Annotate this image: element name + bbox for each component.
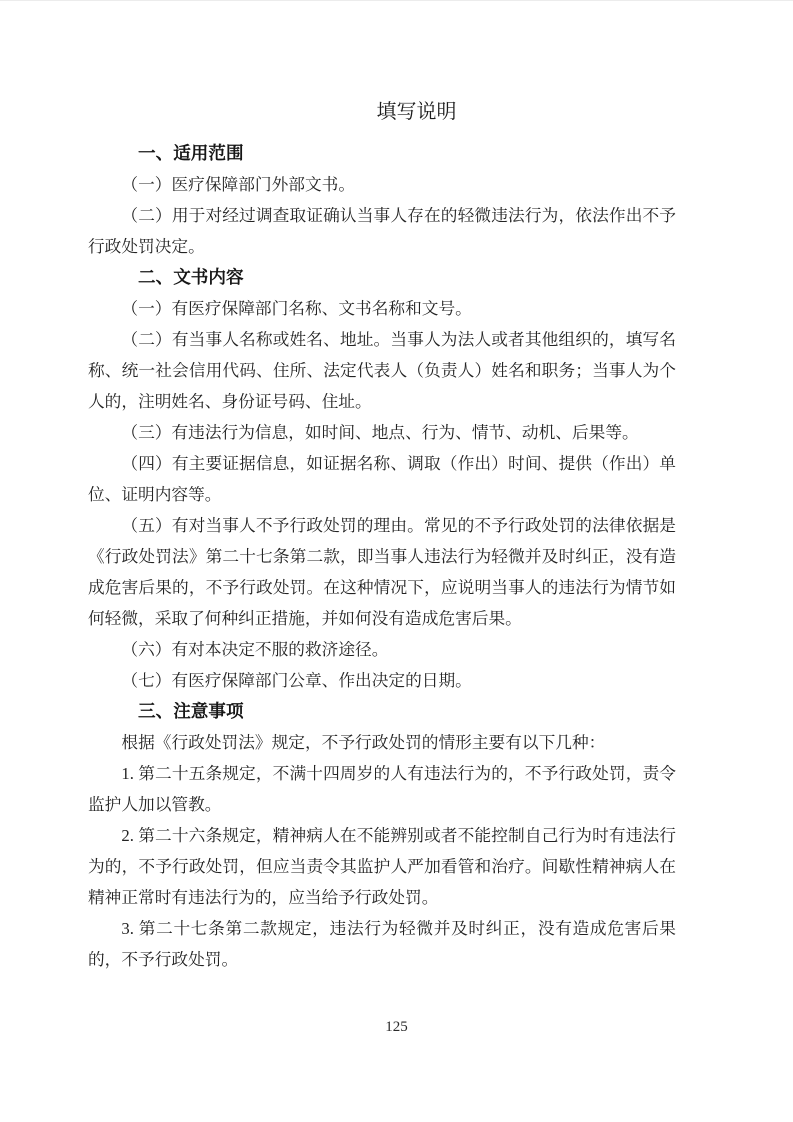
paragraph: （一）医疗保障部门外部文书。 bbox=[88, 169, 676, 200]
paragraph: 3. 第二十七条第二款规定，违法行为轻微并及时纠正，没有造成危害后果的，不予行政… bbox=[88, 913, 676, 975]
document-body: 一、适用范围 （一）医疗保障部门外部文书。 （二）用于对经过调查取证确认当事人存… bbox=[88, 138, 676, 975]
document-title: 填写说明 bbox=[377, 100, 457, 124]
paragraph: （二）用于对经过调查取证确认当事人存在的轻微违法行为，依法作出不予行政处罚决定。 bbox=[88, 200, 676, 262]
paragraph: （三）有违法行为信息，如时间、地点、行为、情节、动机、后果等。 bbox=[88, 417, 676, 448]
paragraph: （七）有医疗保障部门公章、作出决定的日期。 bbox=[88, 665, 676, 696]
paragraph: 根据《行政处罚法》规定，不予行政处罚的情形主要有以下几种： bbox=[88, 727, 676, 758]
paragraph: 1. 第二十五条规定，不满十四周岁的人有违法行为的，不予行政处罚，责令监护人加以… bbox=[88, 758, 676, 820]
paragraph: （一）有医疗保障部门名称、文书名称和文号。 bbox=[88, 293, 676, 324]
paragraph: （六）有对本决定不服的救济途径。 bbox=[88, 634, 676, 665]
paragraph: 2. 第二十六条规定，精神病人在不能辨别或者不能控制自己行为时有违法行为的，不予… bbox=[88, 820, 676, 913]
section-heading-scope: 一、适用范围 bbox=[88, 138, 676, 169]
section-heading-contents: 二、文书内容 bbox=[88, 262, 676, 293]
page-number: 125 bbox=[0, 1018, 793, 1036]
paragraph: （四）有主要证据信息，如证据名称、调取（作出）时间、提供（作出）单位、证明内容等… bbox=[88, 448, 676, 510]
section-heading-notes: 三、注意事项 bbox=[88, 696, 676, 727]
paragraph: （二）有当事人名称或姓名、地址。当事人为法人或者其他组织的，填写名称、统一社会信… bbox=[88, 324, 676, 417]
document-page: 填写说明 一、适用范围 （一）医疗保障部门外部文书。 （二）用于对经过调查取证确… bbox=[0, 0, 793, 1122]
paragraph: （五）有对当事人不予行政处罚的理由。常见的不予行政处罚的法律依据是《行政处罚法》… bbox=[88, 510, 676, 634]
